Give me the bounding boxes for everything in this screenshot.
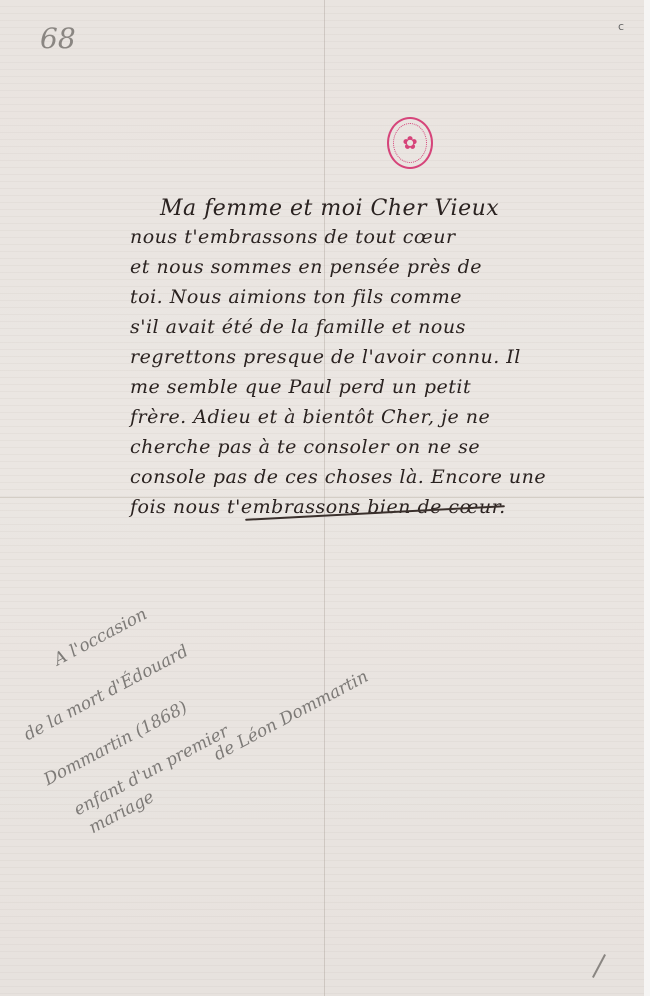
stamp-emblem-icon: ✿ bbox=[402, 133, 417, 154]
pencil-annotation: A l'occasion de la mort d'Édouard Dommar… bbox=[30, 590, 430, 810]
letter-line: s'il avait été de la famille et nous bbox=[130, 316, 640, 346]
letter-line: regrettons presque de l'avoir connu. Il bbox=[130, 346, 640, 376]
letter-line: toi. Nous aimions ton fils comme bbox=[130, 286, 640, 316]
letter-line: nous t'embrassons de tout cœur bbox=[130, 226, 640, 256]
letter-sheet: 68 c ✿ Ma femme et moi Cher Vieux nous t… bbox=[0, 0, 645, 996]
letter-line: console pas de ces choses là. Encore une bbox=[130, 466, 640, 496]
letter-line: me semble que Paul perd un petit bbox=[130, 376, 640, 406]
letter-body: Ma femme et moi Cher Vieux nous t'embras… bbox=[130, 196, 640, 526]
library-stamp-icon: ✿ bbox=[387, 117, 433, 169]
corner-mark: c bbox=[618, 20, 624, 33]
letter-line: frère. Adieu et à bientôt Cher, je ne bbox=[130, 406, 640, 436]
pencil-check-mark bbox=[592, 954, 606, 978]
letter-line: et nous sommes en pensée près de bbox=[130, 256, 640, 286]
annotation-line: de la mort d'Édouard bbox=[21, 641, 192, 745]
letter-line: cherche pas à te consoler on ne se bbox=[130, 436, 640, 466]
scan-edge bbox=[644, 0, 650, 996]
annotation-line: de Léon Dommartin bbox=[211, 667, 372, 765]
letter-line: Ma femme et moi Cher Vieux bbox=[130, 196, 640, 226]
annotation-line: A l'occasion bbox=[51, 604, 151, 670]
folio-number: 68 bbox=[40, 22, 76, 55]
